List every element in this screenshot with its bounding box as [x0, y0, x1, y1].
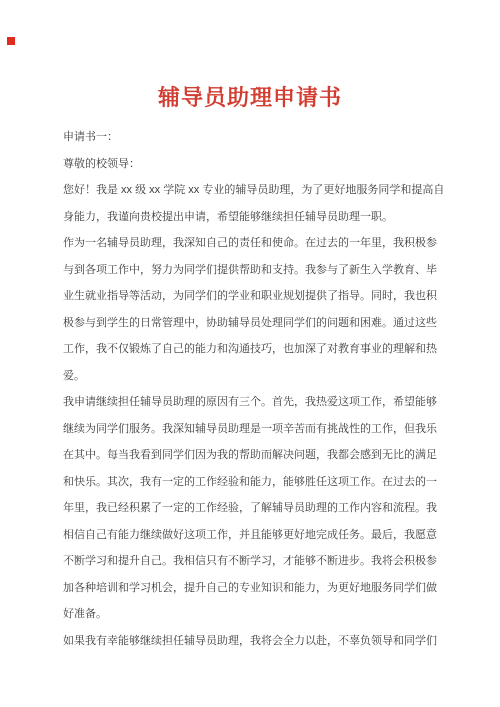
text-line: 年里，我已经积累了一定的工作经验，了解辅导员助理的工作内容和流程。我	[63, 495, 437, 522]
document-page: 辅导员助理申请书 申请书一： 尊敬的校领导： 您好！我是 xx 级 xx 学院 …	[0, 0, 500, 707]
text-line: 相信自己有能力继续做好这项工作，并且能够更好地完成任务。最后，我愿意	[63, 522, 437, 549]
text-line: 尊敬的校领导：	[63, 151, 437, 178]
text-line: 我申请继续担任辅导员助理的原因有三个。首先，我热爱这项工作，希望能够	[63, 389, 437, 416]
text-line: 好准备。	[63, 601, 437, 628]
text-line: 业生就业指导等活动，为同学们的学业和职业规划提供了指导。同时，我也积	[63, 283, 437, 310]
text-line: 极参与到学生的日常管理中，协助辅导员处理同学们的问题和困难。通过这些	[63, 310, 437, 337]
text-line: 与到各项工作中，努力为同学们提供帮助和支持。我参与了新生入学教育、毕	[63, 257, 437, 284]
page-title: 辅导员助理申请书	[0, 83, 500, 113]
text-line: 和快乐。其次，我有一定的工作经验和能力，能够胜任这项工作。在过去的一	[63, 469, 437, 496]
text-line: 爱。	[63, 363, 437, 390]
text-line: 不断学习和提升自己。我相信只有不断学习，才能够不断进步。我将会积极参	[63, 548, 437, 575]
red-marker-icon	[7, 37, 15, 45]
text-line: 如果我有幸能够继续担任辅导员助理，我将会全力以赴，不辜负领导和同学们	[63, 628, 437, 655]
text-line: 在其中。每当我看到同学们因为我的帮助而解决问题，我都会感到无比的满足	[63, 442, 437, 469]
text-line: 作为一名辅导员助理，我深知自己的责任和使命。在过去的一年里，我积极参	[63, 230, 437, 257]
text-line: 您好！我是 xx 级 xx 学院 xx 专业的辅导员助理，为了更好地服务同学和提…	[63, 177, 437, 204]
text-line: 身能力，我谨向贵校提出申请，希望能够继续担任辅导员助理一职。	[63, 204, 437, 231]
text-line: 加各种培训和学习机会，提升自己的专业知识和能力，为更好地服务同学们做	[63, 575, 437, 602]
text-line: 继续为同学们服务。我深知辅导员助理是一项辛苦而有挑战性的工作，但我乐	[63, 416, 437, 443]
text-line: 工作，我不仅锻炼了自己的能力和沟通技巧，也加深了对教育事业的理解和热	[63, 336, 437, 363]
text-line: 申请书一：	[63, 124, 437, 151]
document-body: 申请书一： 尊敬的校领导： 您好！我是 xx 级 xx 学院 xx 专业的辅导员…	[63, 124, 437, 654]
